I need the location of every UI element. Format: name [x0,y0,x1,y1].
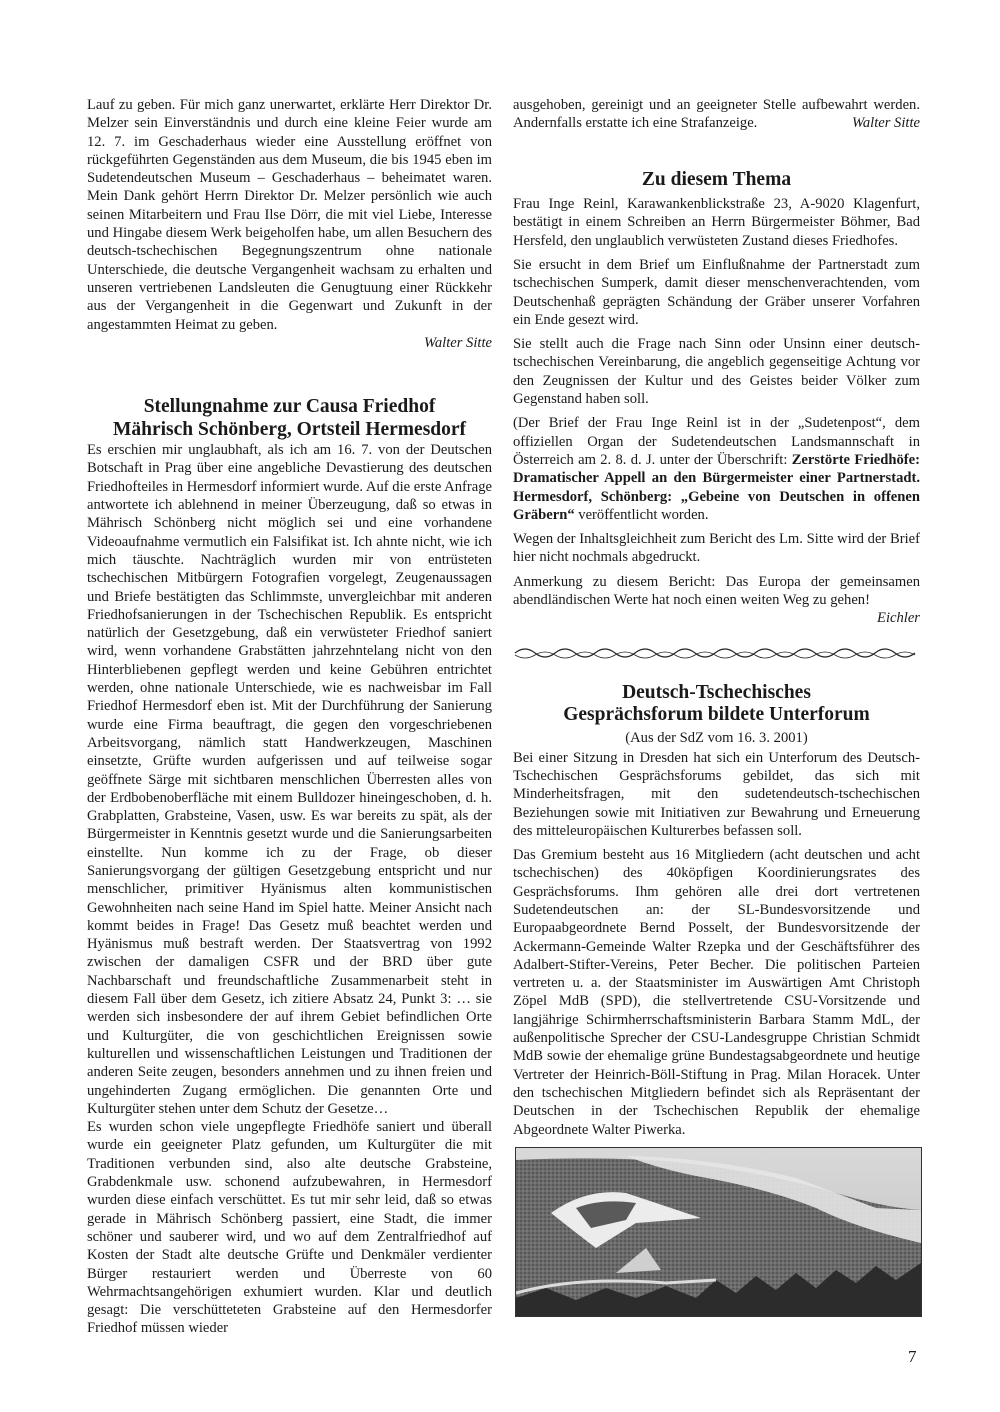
thema-paragraph: Sie ersucht in dem Brief um Einflußnahme… [513,256,920,329]
ornament-divider-icon [513,646,920,660]
article-title-line2: Mährisch Schönberg, Ortsteil Hermesdorf [113,419,466,440]
thema-title: Zu diesem Thema [513,169,920,192]
thema-text: veröffentlicht worden. [575,507,709,523]
continuation-signature: Walter Sitte [852,114,920,132]
mountain-landscape-photo [515,1147,922,1317]
article-paragraph: Es erschien mir unglaubhaft, als ich am … [87,441,492,1118]
article-title: Stellungnahme zur Causa Friedhof Mährisc… [87,396,492,441]
page-number: 7 [908,1347,917,1367]
article-title-line1: Stellungnahme zur Causa Friedhof [144,396,436,417]
forum-title-line1: Deutsch-Tschechisches [622,682,811,703]
continuation-paragraph: ausgehoben, gereinigt und an geeigneter … [513,96,920,133]
forum-title-line2: Gesprächsforum bildete Unterforum [563,704,870,725]
forum-source: (Aus der SdZ vom 16. 3. 2001) [513,729,920,747]
forum-title: Deutsch-Tschechisches Gesprächsforum bil… [513,682,920,727]
thema-paragraph: Anmerkung zu diesem Bericht: Das Europa … [513,573,920,610]
thema-paragraph: Wegen der Inhaltsgleichheit zum Bericht … [513,530,920,567]
thema-paragraph: Frau Inge Reinl, Karawankenblickstraße 2… [513,195,920,250]
forum-paragraph: Bei einer Sitzung in Dresden hat sich ei… [513,749,920,840]
thema-paragraph: (Der Brief der Frau Inge Reinl ist in de… [513,414,920,524]
thema-paragraph: Sie stellt auch die Frage nach Sinn oder… [513,335,920,408]
left-column: Lauf zu geben. Für mich ganz unerwartet,… [87,96,492,1338]
intro-signature: Walter Sitte [424,334,492,352]
forum-paragraph: Das Gremium besteht aus 16 Mitgliedern (… [513,846,920,1139]
thema-signature: Eichler [877,609,920,627]
right-column: ausgehoben, gereinigt und an geeigneter … [513,96,920,1139]
article-paragraph: Es wurden schon viele ungepflegte Friedh… [87,1118,492,1338]
intro-paragraph: Lauf zu geben. Für mich ganz unerwartet,… [87,96,492,334]
